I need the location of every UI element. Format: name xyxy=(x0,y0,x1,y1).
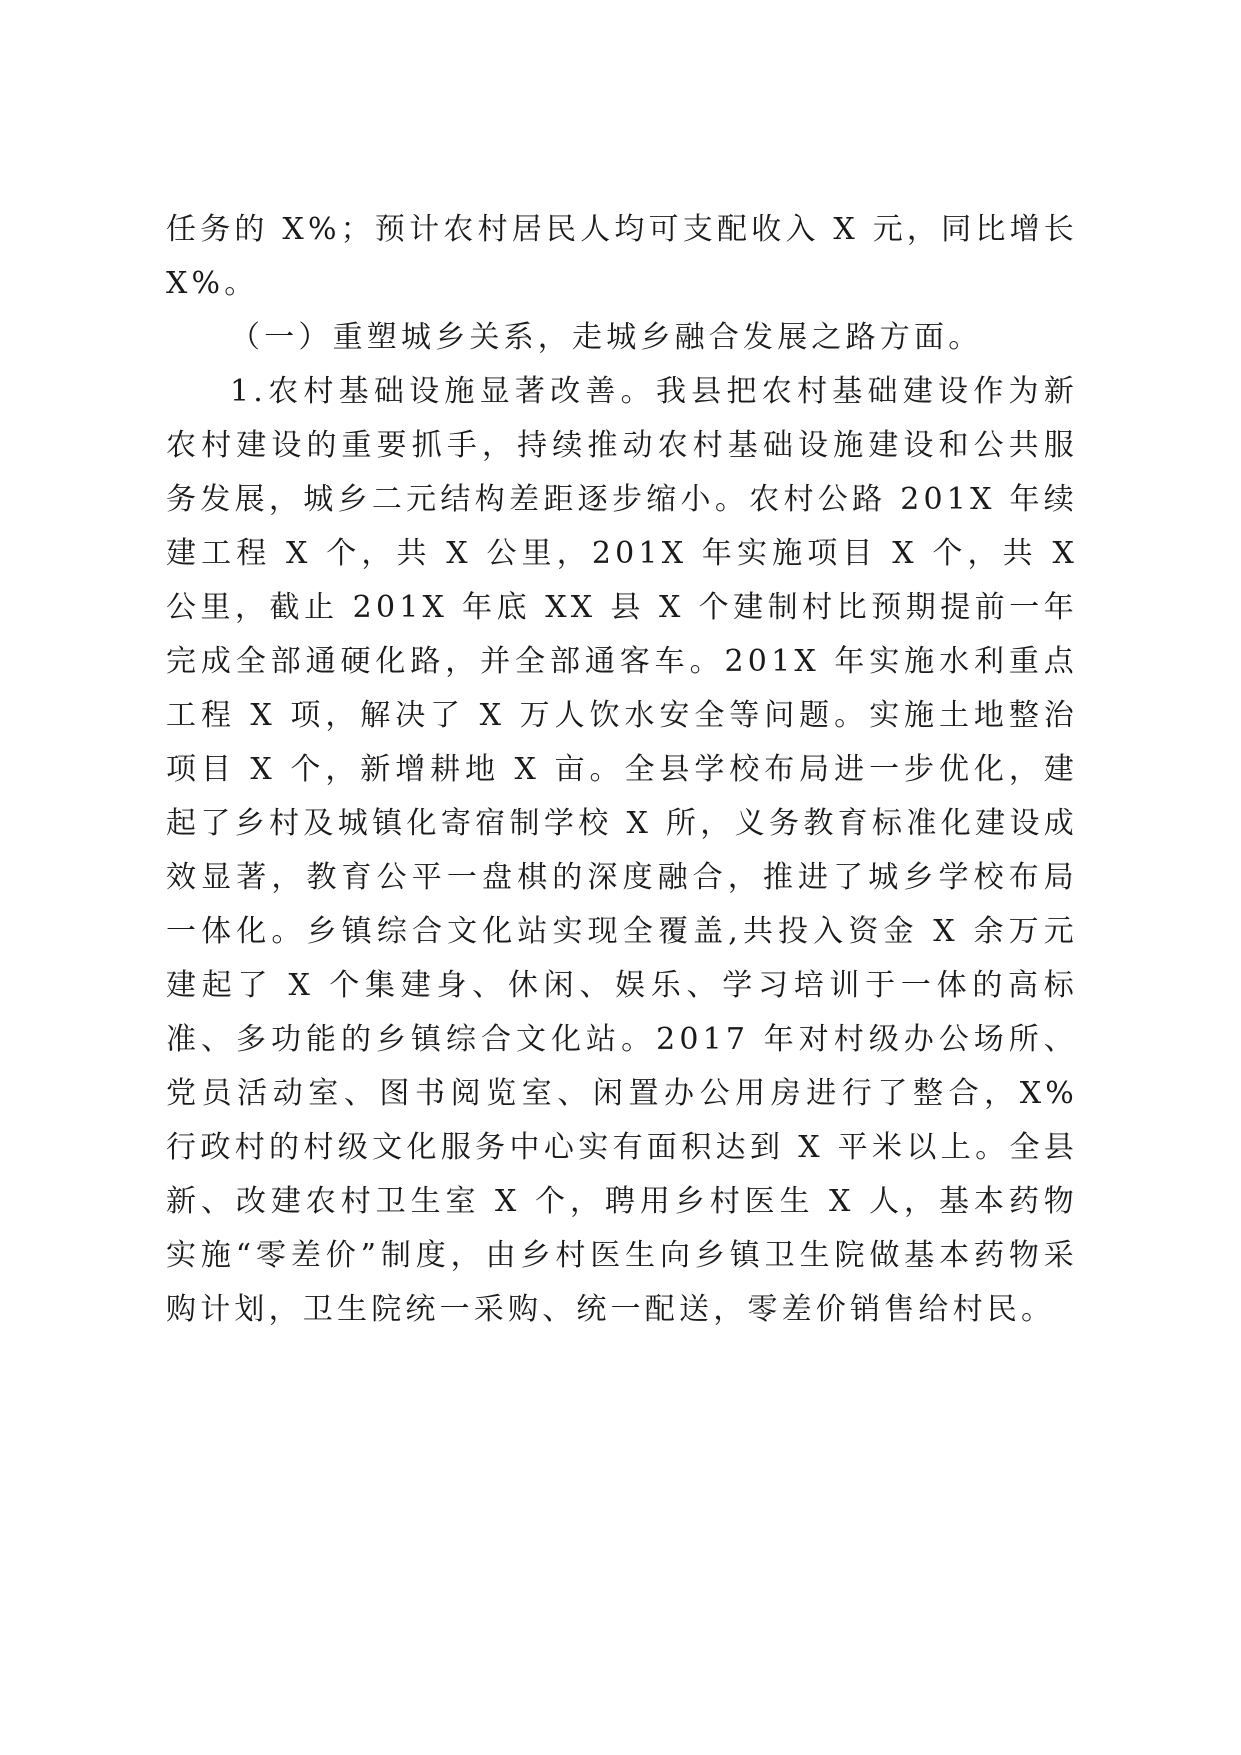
document-page: 任务的 X%；预计农村居民人均可支配收入 X 元，同比增长X%。 （一）重塑城乡… xyxy=(166,203,1078,1337)
section-heading: （一）重塑城乡关系，走城乡融合发展之路方面。 xyxy=(166,311,1078,365)
body-paragraph-infrastructure: 1.农村基础设施显著改善。我县把农村基础建设作为新农村建设的重要抓手，持续推动农… xyxy=(166,365,1078,1337)
body-paragraph-income: 任务的 X%；预计农村居民人均可支配收入 X 元，同比增长X%。 xyxy=(166,203,1078,311)
